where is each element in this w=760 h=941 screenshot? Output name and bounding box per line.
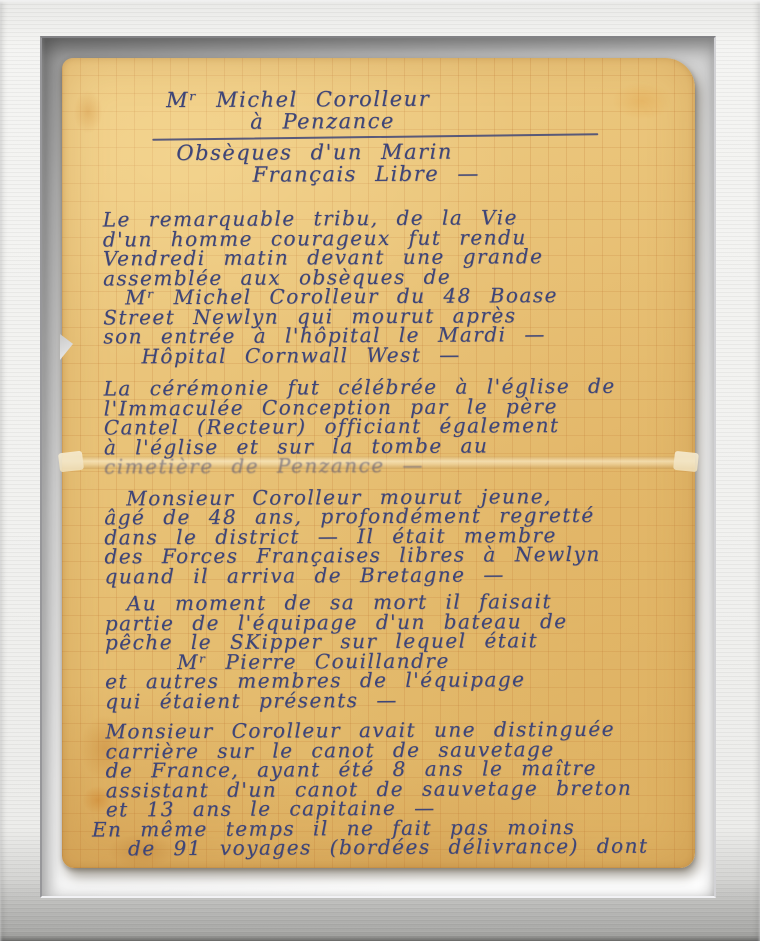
text-line: quand il arriva de Bretagne — <box>105 564 678 586</box>
text-line: Hôpital Cornwall West — <box>141 344 676 366</box>
title-line-1: Obsèques d'un Marin <box>176 139 675 164</box>
text-line: cimetière de Penzance — <box>104 454 677 476</box>
paragraph-2: La cérémonie fut célébrée à l'église de … <box>104 376 678 476</box>
heading-name: Mʳ Michel Corolleur <box>166 86 675 111</box>
heading-block: Mʳ Michel Corolleur à Penzance Obsèques … <box>102 86 676 186</box>
title-line-2: Français Libre — <box>252 161 675 185</box>
paragraph-3: Monsieur Corolleur mourut jeune, âgé de … <box>104 486 678 586</box>
paragraph-4: Au moment de sa mort il faisait partie d… <box>105 591 679 711</box>
text-line: qui étaient présents — <box>105 689 678 711</box>
framed-manuscript-photo: Mʳ Michel Corolleur à Penzance Obsèques … <box>0 0 760 941</box>
paragraph-5: Monsieur Corolleur avait une distinguée … <box>105 719 679 858</box>
heading-place: à Penzance <box>250 108 675 132</box>
manuscript-page: Mʳ Michel Corolleur à Penzance Obsèques … <box>62 58 695 868</box>
text-line: de 91 voyages (bordées délivrance) dont <box>128 836 679 858</box>
frame-mat: Mʳ Michel Corolleur à Penzance Obsèques … <box>40 36 716 898</box>
paragraph-1: Le remarquable tribu, de la Vie d'un hom… <box>103 207 677 366</box>
handwritten-text: Mʳ Michel Corolleur à Penzance Obsèques … <box>60 56 697 869</box>
